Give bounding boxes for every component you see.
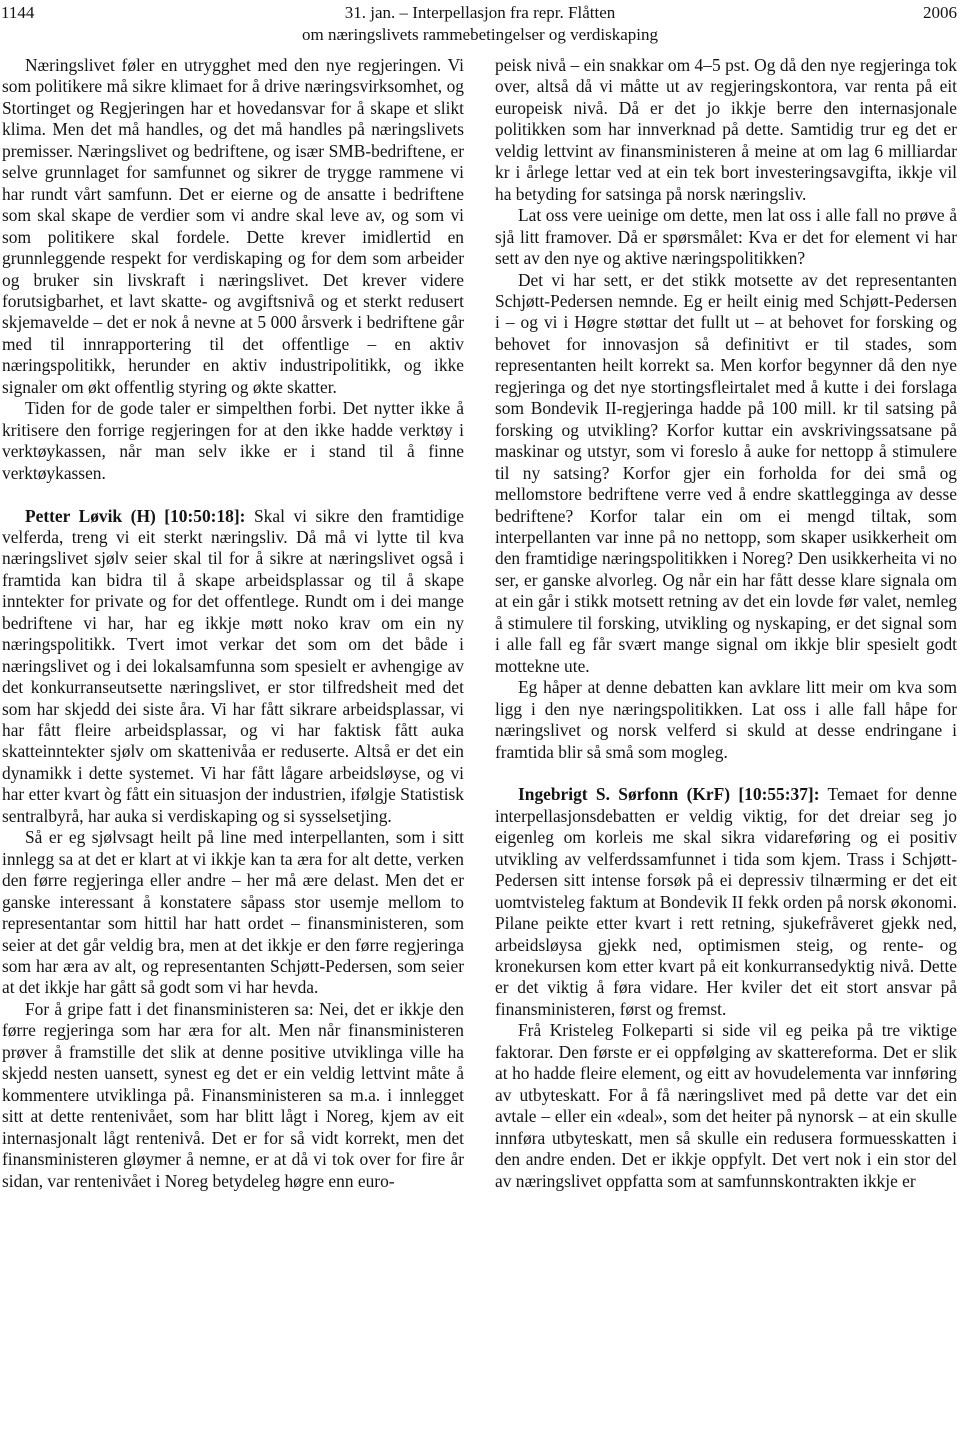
text-body: Næringslivet føler en utrygghet med den … — [2, 55, 957, 1438]
right-column: peisk nivå – ein snakkar om 4–5 pst. Og … — [495, 55, 957, 1438]
paragraph: Eg håper at denne debatten kan avklare l… — [495, 677, 957, 763]
left-column: Næringslivet føler en utrygghet med den … — [2, 55, 464, 1438]
speaker-name: Ingebrigt S. Sørfonn (KrF) [10:55:37]: — [518, 784, 820, 804]
paragraph: Frå Kristeleg Folkeparti si side vil eg … — [495, 1020, 957, 1192]
paragraph: Lat oss vere ueinige om dette, men lat o… — [495, 205, 957, 269]
speaker-name: Petter Løvik (H) [10:50:18]: — [25, 506, 245, 526]
paragraph: Ingebrigt S. Sørfonn (KrF) [10:55:37]: T… — [495, 784, 957, 1020]
paragraph: Det vi har sett, er det stikk motsette a… — [495, 270, 957, 678]
paragraph: Petter Løvik (H) [10:50:18]: Skal vi sik… — [2, 506, 464, 828]
paragraph: Så er eg sjølvsagt heilt på line med int… — [2, 827, 464, 999]
header-subtitle: om næringslivets rammebetingelser og ver… — [0, 24, 960, 46]
paragraph: Tiden for de gode taler er simpelthen fo… — [2, 398, 464, 484]
header-year: 2006 — [923, 2, 957, 24]
paragraph: Næringslivet føler en utrygghet med den … — [2, 55, 464, 398]
document-page: 1144 31. jan. – Interpellasjon fra repr.… — [0, 0, 960, 1438]
paragraph: For å gripe fatt i det finansministeren … — [2, 999, 464, 1192]
paragraph: peisk nivå – ein snakkar om 4–5 pst. Og … — [495, 55, 957, 205]
page-header: 1144 31. jan. – Interpellasjon fra repr.… — [0, 0, 960, 50]
header-title: 31. jan. – Interpellasjon fra repr. Flåt… — [0, 2, 960, 24]
